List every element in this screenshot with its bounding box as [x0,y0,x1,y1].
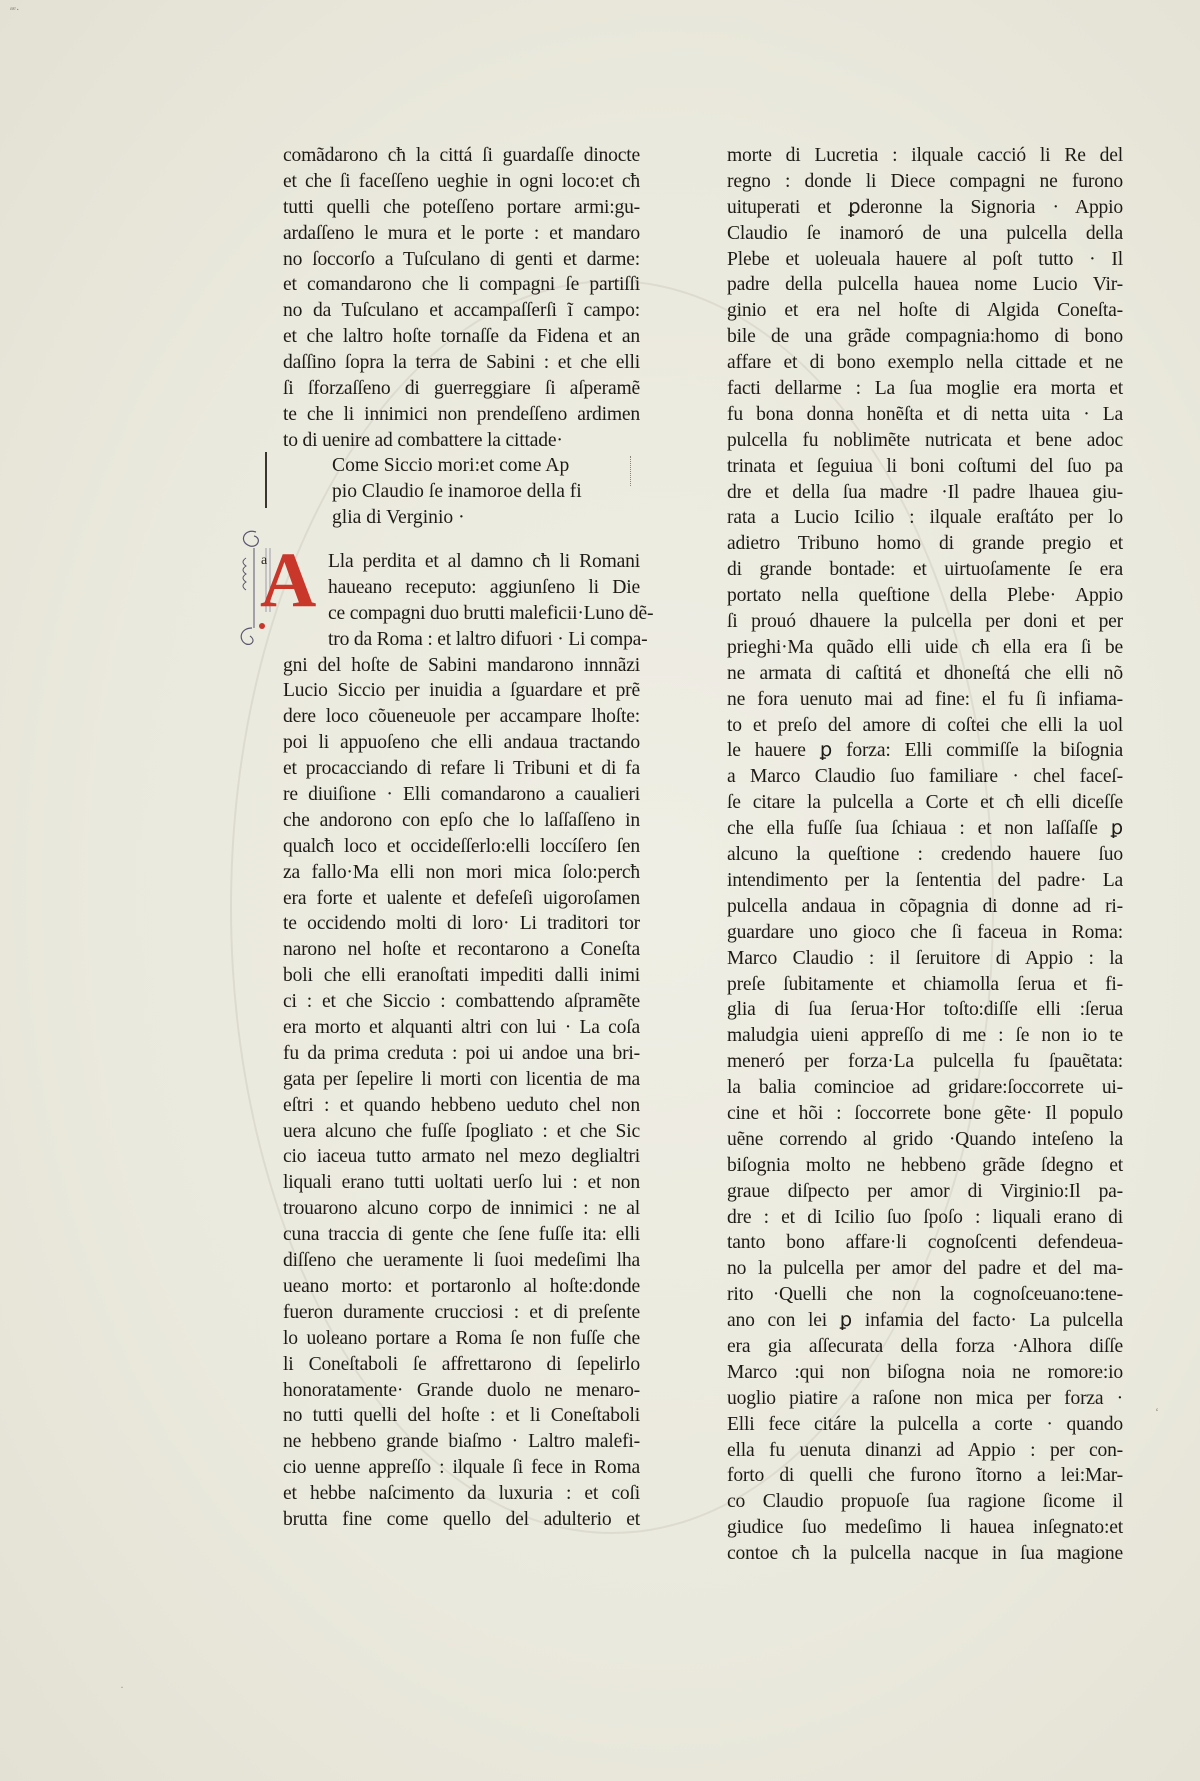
text-line: dre : et di Icilio ſuo ſpoſo : liquali e… [727,1205,1123,1231]
text-line: preſe ſubitamente et chiamolla ſerua et … [727,972,1123,998]
text-line: haueano receputo: aggiunſeno li Die [328,575,640,601]
text-line: biſognia molto ne hebbeno grãde ſdegno e… [727,1153,1123,1179]
text-line: morte di Lucretia : ilquale cacció li Re… [727,143,1123,169]
text-line: brutta fine come quello del adulterio et [283,1507,640,1533]
text-line: fueron duramente crucciosi : et di preſe… [283,1300,640,1326]
text-line: re diuiſione · Elli comandarono a cauali… [283,782,640,808]
text-line: gni del hoſte de Sabini mandarono innnãz… [283,653,640,679]
text-line: tro da Roma : et laltro difuori · Li com… [328,627,640,653]
text-line: maludgia uieni appreſſo di me : ſe non i… [727,1023,1123,1049]
text-line: te occidendo molti di loro· Li traditori… [283,911,640,937]
text-line: gata per ſepelire li morti con licentia … [283,1067,640,1093]
text-line: prieghi·Ma quãdo elli uide cħ ella era ſ… [727,635,1123,661]
text-line: Claudio ſe inamoró de una pulcella della [727,221,1123,247]
text-line: pulcella andaua in cõpagnia di donne ad … [727,894,1123,920]
text-line: li Coneſtaboli ſe affrettarono di ſepeli… [283,1352,640,1378]
left-column-body: Lla perdita et al damno cħ li Romanihaue… [283,549,640,1533]
text-line: za fallo·Ma elli non mori mica ſolo:perc… [283,860,640,886]
margin-dotted-mark [630,456,632,486]
margin-bracket-mark [265,452,267,508]
text-line: ginio et era nel hoſte di Algida Coneſta… [727,298,1123,324]
text-line: dre et della ſua madre ·Il padre lhauea … [727,480,1123,506]
stray-mark: · [120,1680,124,1695]
text-line: ueano morto: et portaronlo al hoſte:dond… [283,1274,640,1300]
text-line: ne armata di caſtitá et dhoneſtá che ell… [727,661,1123,687]
stray-mark: ʻ [1155,1405,1159,1420]
text-line: et hebbe naſcimento da luxuria : et coſi [283,1481,640,1507]
text-line: graue diſpecto per amor di Virginio:Il p… [727,1179,1123,1205]
text-line: Plebe et uoleuala hauere al poſt tutto ·… [727,247,1123,273]
text-line: fu da prima creduta : poi ui andoe una b… [283,1041,640,1067]
text-line: guardare uno gioco che ſi faceua in Roma… [727,920,1123,946]
text-line: le hauere ꝑ forza: Elli commiſſe la biſo… [727,738,1123,764]
text-line: bile de una grãde compagnia:homo di bono [727,324,1123,350]
text-line: ci : et che Siccio : combattendo aſpramẽ… [283,989,640,1015]
text-line: trouarono alcuno corpo de innimici : ne … [283,1196,640,1222]
text-line: no da Tuſculano et accampaſſerſi ĩ campo… [283,298,640,324]
text-line: era gia aſſecurata della forza ·Alhora d… [727,1334,1123,1360]
text-line: ne hebbeno grande biaſmo · Laltro malefi… [283,1429,640,1455]
text-line: fu bona donna honẽſta et di netta uita ·… [727,402,1123,428]
text-line: che andorono con epſo che lo laſſaſſeno … [283,808,640,834]
text-line: uera alcuno che fuſſe ſpogliato : et che… [283,1119,640,1145]
text-line: adietro Tribuno homo di grande pregio et [727,531,1123,557]
text-line: affare et di bono exemplo nella cittade … [727,350,1123,376]
text-line: a Marco Claudio ſuo familiare · chel fac… [727,764,1123,790]
text-line: glia di Verginio · [332,505,582,531]
text-line: ella fu uenuta dinanzi ad Appio : per co… [727,1438,1123,1464]
text-line: trinata et ſeguiua li boni coſtumi del ſ… [727,454,1123,480]
right-column: morte di Lucretia : ilquale cacció li Re… [727,143,1123,1567]
text-line: rata a Lucio Icilio : ilquale eraſtáto p… [727,505,1123,531]
text-line: giudice ſuo medeſimo li hauea inſegnato:… [727,1515,1123,1541]
text-line: ardaſſeno le mura et le porte : et manda… [283,221,640,247]
text-line: padre della pulcella hauea nome Lucio Vi… [727,272,1123,298]
text-line: et comandarono che li compagni ſe partiſ… [283,272,640,298]
text-line: rito ·Quelli che non la cognoſceuano:ten… [727,1282,1123,1308]
text-line: cio iaceua tutto armato nel mezo deglial… [283,1144,640,1170]
text-line: honoratamente· Grande duolo ne menaro- [283,1378,640,1404]
text-line: no tutti quelli del hoſte : et li Coneſt… [283,1403,640,1429]
text-line: eſtri : et quando hebbeno ueduto chel no… [283,1093,640,1119]
text-line: cine et hõi : ſoccorrete bone gẽte· Il p… [727,1101,1123,1127]
text-line: Come Siccio mori:et come Ap [332,453,582,479]
text-line: cuna traccia di gente che ſene fuſſe ita… [283,1222,640,1248]
text-line: daſſino ſopra la terra de Sabini : et ch… [283,350,640,376]
text-line: Marco :qui non biſogna noia ne romore:io [727,1360,1123,1386]
text-line: ſi ſforzaſſeno di guerreggiare ſi aſpera… [283,376,640,402]
text-line: glia di ſua ſerua·Hor toſto:diſſe elli :… [727,997,1123,1023]
text-line: ſe citare la pulcella a Corte et cħ elli… [727,790,1123,816]
text-line: Lucio Siccio per inuidia a ſguardare et … [283,678,640,704]
text-line: ce compagni duo brutti maleficii·Luno dẽ… [328,601,640,627]
text-line: qualcħ loco et occideſſerlo:elli loccíſe… [283,834,640,860]
chapter-heading: Come Siccio mori:et come Appio Claudio ſ… [332,453,582,531]
text-line: alcuno la queſtione : credendo hauere ſu… [727,842,1123,868]
text-line: et che laltro hoſte tornaſſe da Fidena e… [283,324,640,350]
text-line: facti dellarme : La ſua moglie era morta… [727,376,1123,402]
text-line: Lla perdita et al damno cħ li Romani [328,549,640,575]
text-line: ſi prouó dhauere la pulcella per doni et… [727,609,1123,635]
text-line: uẽne correndo al grido ·Quando inteſeno … [727,1127,1123,1153]
text-line: pio Claudio ſe inamoroe della fi [332,479,582,505]
text-line: uituperati et ꝑderonne la Signoria · App… [727,195,1123,221]
text-line: contoe cħ la pulcella nacque in ſua magi… [727,1541,1123,1567]
text-line: ne fora uenuto mai ad fine: el fu ſi inf… [727,687,1123,713]
text-line: boli che elli eranoſtati impediti dalli … [283,963,640,989]
text-line: poi li appuoſeno che elli andaua tractan… [283,730,640,756]
text-line: la balia comincioe ad gridare:ſoccorrete… [727,1075,1123,1101]
text-line: che ella fuſſe ſua ſchiaua : et non laſſ… [727,816,1123,842]
text-line: cio uenne appreſſo : ilquale ſi fece in … [283,1455,640,1481]
text-line: Marco Claudio : il ſeruitore di Appio : … [727,946,1123,972]
text-line: di grande bontade: et uirtuoſamente ſe e… [727,557,1123,583]
text-line: dere loco cõueneuole per accampare lhoſt… [283,704,640,730]
text-line: regno : donde li Diece compagni ne furon… [727,169,1123,195]
text-line: to et preſo del amore di coſtei che elli… [727,713,1123,739]
text-line: meneró per forza·La pulcella fu ſpauẽtat… [727,1049,1123,1075]
text-line: forto di quelli che furono ĩtorno a lei:… [727,1463,1123,1489]
text-line: te che li innimici non prendeſſeno ardim… [283,402,640,428]
text-line: co Claudio propuoſe ſua ragione ſicome i… [727,1489,1123,1515]
text-line: tanto bono affare·li cognoſcenti defende… [727,1230,1123,1256]
text-line: portato nella queſtione della Plebe· App… [727,583,1123,609]
text-line: diſſeno che ueramente li ſuoi medeſimi l… [283,1248,640,1274]
text-line: pulcella fu noblimẽte nutricata et bene … [727,428,1123,454]
text-line: intendimento per la ſententia del padre·… [727,868,1123,894]
text-line: era morto et alquanti altri con lui · La… [283,1015,640,1041]
text-line: Elli fece citáre la pulcella a corte · q… [727,1412,1123,1438]
text-line: no la pulcella per amor del padre et del… [727,1256,1123,1282]
text-line: to di uenire ad combattere la cittade· [283,428,640,454]
text-line: et procacciando di refare li Tribuni et … [283,756,640,782]
text-line: uoglio piatire a raſone non mica per for… [727,1386,1123,1412]
text-line: et che ſi faceſſeno ueghie in ogni loco:… [283,169,640,195]
text-line: era forte et ualente et defeſeſi uigoroſ… [283,886,640,912]
text-line: comãdarono cħ la cittá ſi guardaſſe dino… [283,143,640,169]
manuscript-page: ᵃᵉ· comãdarono cħ la cittá ſi guardaſſe … [0,0,1200,1781]
left-column-top-paragraph: comãdarono cħ la cittá ſi guardaſſe dino… [283,143,640,454]
text-line: ano con lei ꝑ infamia del facto· La pulc… [727,1308,1123,1334]
corner-mark: ᵃᵉ· [10,4,20,16]
text-line: narono nel hoſte et recontarono a Coneſt… [283,937,640,963]
text-line: no ſoccorſo a Tuſculano di genti et darm… [283,247,640,273]
text-line: liquali erano tutti uoltati uerſo lui : … [283,1170,640,1196]
text-line: lo uoleano portare a Roma ſe non fuſſe c… [283,1326,640,1352]
text-line: tutti quelli che poteſſeno portare armi:… [283,195,640,221]
